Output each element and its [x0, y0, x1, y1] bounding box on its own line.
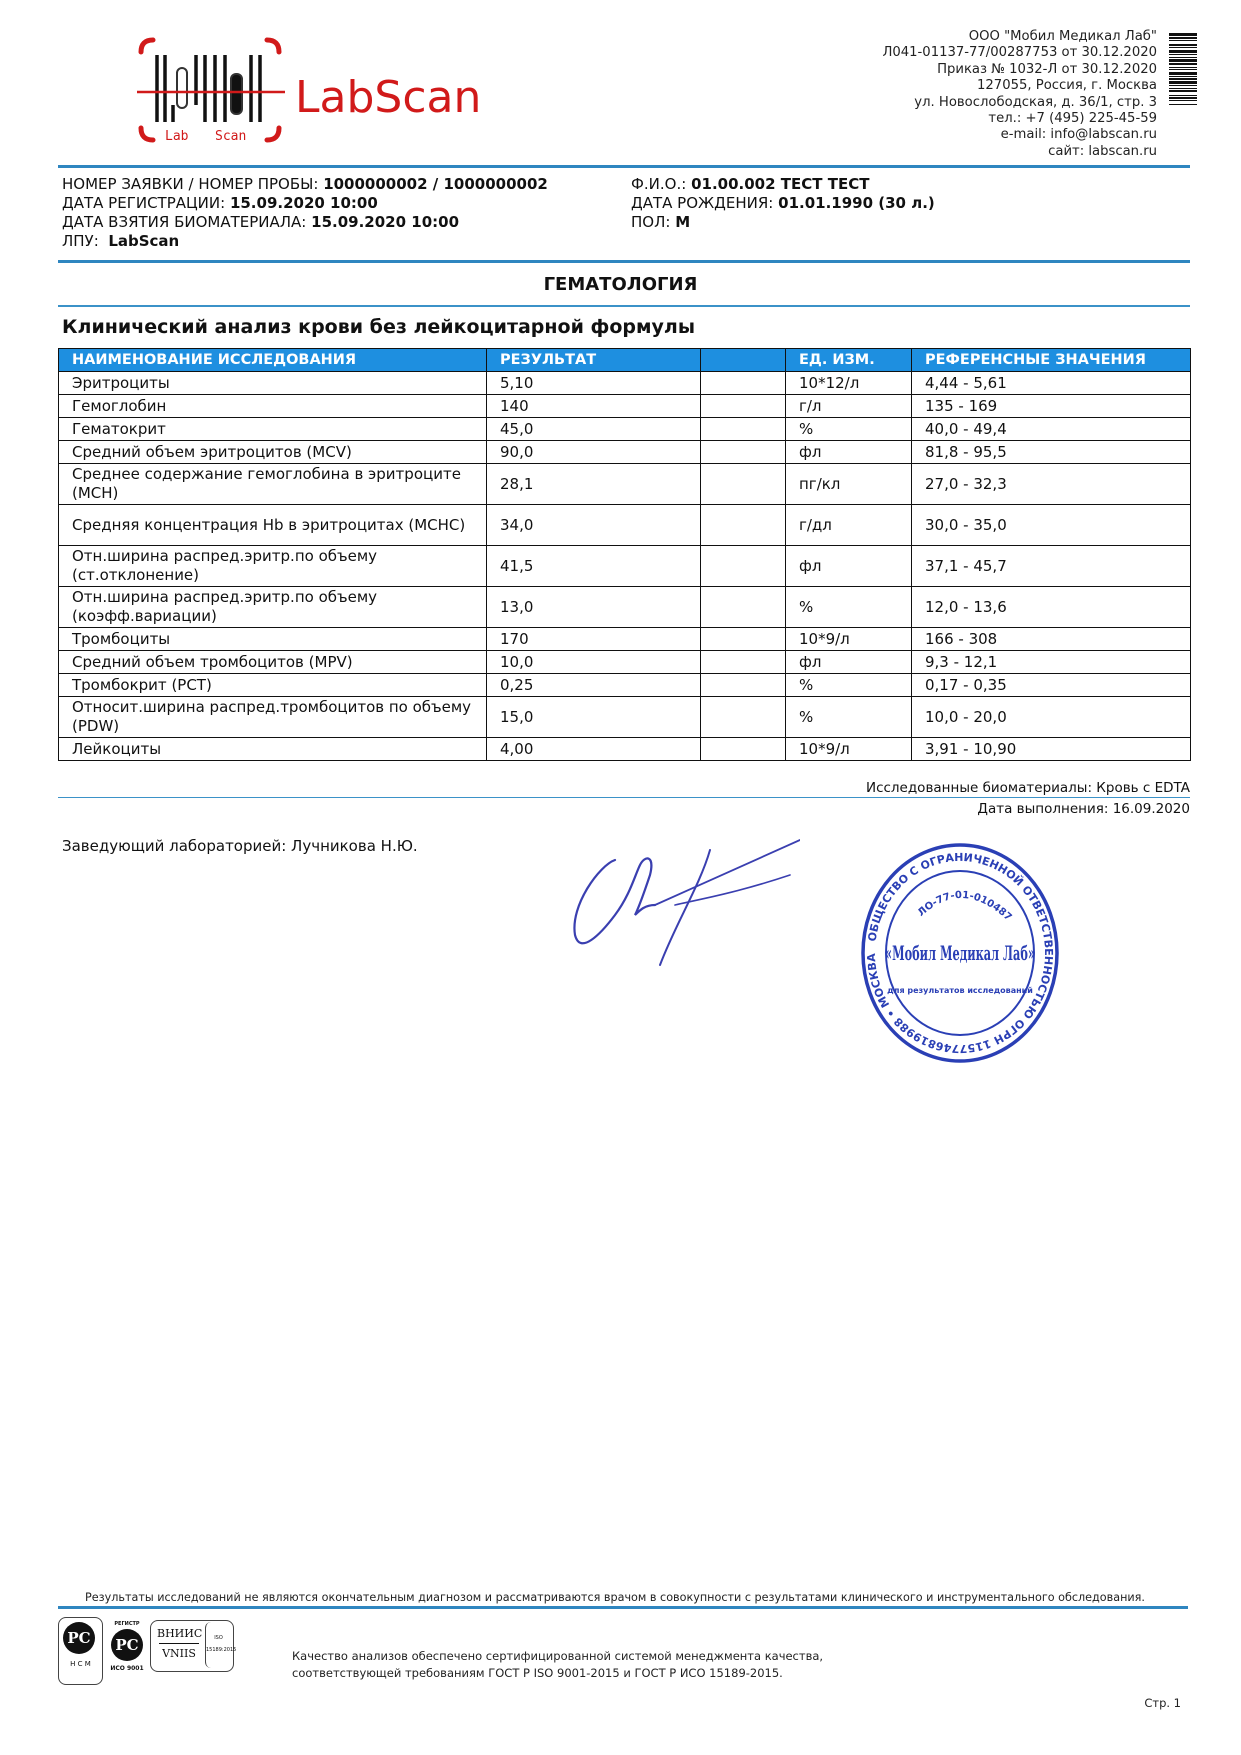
order-number: 1000000002 / 1000000002 [323, 175, 548, 193]
svg-text:«Мобил Медикал Лаб»: «Мобил Медикал Лаб» [885, 941, 1035, 965]
test-result: 140 [487, 395, 701, 418]
test-name: Среднее содержание гемоглобина в эритроц… [59, 464, 487, 505]
registration-date-row: ДАТА РЕГИСТРАЦИИ: 15.09.2020 10:00 [62, 194, 548, 213]
test-unit: 10*12/л [786, 372, 912, 395]
company-phone: тел.: +7 (495) 225-45-59 [882, 111, 1157, 127]
table-row: Лейкоциты4,0010*9/л3,91 - 10,90 [59, 738, 1191, 761]
test-reference: 10,0 - 20,0 [912, 697, 1191, 738]
test-name: Эритроциты [59, 372, 487, 395]
test-name: Средний объем тромбоцитов (MPV) [59, 651, 487, 674]
test-reference: 12,0 - 13,6 [912, 587, 1191, 628]
test-reference: 30,0 - 35,0 [912, 505, 1191, 546]
signature-icon [560, 835, 800, 985]
table-row: Отн.ширина распред.эритр.по объему (коэф… [59, 587, 1191, 628]
test-result: 0,25 [487, 674, 701, 697]
test-result: 45,0 [487, 418, 701, 441]
test-result: 41,5 [487, 546, 701, 587]
test-unit: % [786, 418, 912, 441]
birth-date-row: ДАТА РОЖДЕНИЯ: 01.01.1990 (30 л.) [631, 194, 935, 213]
table-row: Гемоглобин140г/л135 - 169 [59, 395, 1191, 418]
test-name: Отн.ширина распред.эритр.по объему (коэф… [59, 587, 487, 628]
test-result: 5,10 [487, 372, 701, 395]
test-name: Относит.ширина распред.тромбоцитов по об… [59, 697, 487, 738]
empty-cell [701, 372, 786, 395]
empty-cell [701, 697, 786, 738]
company-address: ул. Новослободская, д. 36/1, стр. 3 [882, 95, 1157, 111]
disclaimer: Результаты исследований не являются окон… [85, 1591, 1145, 1604]
test-name: Лейкоциты [59, 738, 487, 761]
test-reference: 3,91 - 10,90 [912, 738, 1191, 761]
barcode-icon [1169, 33, 1197, 163]
test-reference: 40,0 - 49,4 [912, 418, 1191, 441]
section-title: ГЕМАТОЛОГИЯ [0, 274, 1241, 295]
empty-cell [701, 441, 786, 464]
test-unit: фл [786, 441, 912, 464]
table-row: Средний объем эритроцитов (MCV)90,0фл81,… [59, 441, 1191, 464]
table-row: Отн.ширина распред.эритр.по объему (ст.о… [59, 546, 1191, 587]
header-name: НАИМЕНОВАНИЕ ИССЛЕДОВАНИЯ [59, 349, 487, 372]
sample-date-row: ДАТА ВЗЯТИЯ БИОМАТЕРИАЛА: 15.09.2020 10:… [62, 213, 548, 232]
sex-row: ПОЛ: М [631, 213, 935, 232]
test-unit: % [786, 674, 912, 697]
test-result: 15,0 [487, 697, 701, 738]
empty-cell [701, 674, 786, 697]
section-divider [58, 305, 1190, 307]
test-unit: пг/кл [786, 464, 912, 505]
test-result: 34,0 [487, 505, 701, 546]
sample-date: 15.09.2020 10:00 [311, 213, 459, 231]
sex-value: М [675, 213, 690, 231]
test-unit: % [786, 587, 912, 628]
birth-date: 01.01.1990 (30 л.) [778, 194, 935, 212]
table-row: Относит.ширина распред.тромбоцитов по об… [59, 697, 1191, 738]
header-divider [58, 165, 1190, 168]
empty-cell [701, 418, 786, 441]
company-info: ООО "Мобил Медикал Лаб" Л041-01137-77/00… [882, 29, 1157, 160]
patient-name: 01.00.002 ТЕСТ ТЕСТ [691, 175, 869, 193]
test-name: Средняя концентрация Hb в эритроцитах (M… [59, 505, 487, 546]
test-name: Средний объем эритроцитов (MCV) [59, 441, 487, 464]
table-row: Среднее содержание гемоглобина в эритроц… [59, 464, 1191, 505]
svg-text:для результатов исследований: для результатов исследований [887, 986, 1033, 995]
empty-cell [701, 395, 786, 418]
test-reference: 166 - 308 [912, 628, 1191, 651]
header-empty [701, 349, 786, 372]
test-reference: 27,0 - 32,3 [912, 464, 1191, 505]
company-order: Приказ № 1032-Л от 30.12.2020 [882, 62, 1157, 78]
test-name: Тромбоциты [59, 628, 487, 651]
test-result: 13,0 [487, 587, 701, 628]
test-name: Гемоглобин [59, 395, 487, 418]
empty-cell [701, 628, 786, 651]
patient-name-row: Ф.И.О.: 01.00.002 ТЕСТ ТЕСТ [631, 175, 935, 194]
test-unit: % [786, 697, 912, 738]
svg-text:Scan: Scan [215, 129, 246, 144]
table-row: Эритроциты5,1010*12/л4,44 - 5,61 [59, 372, 1191, 395]
test-result: 28,1 [487, 464, 701, 505]
test-unit: г/дл [786, 505, 912, 546]
test-reference: 81,8 - 95,5 [912, 441, 1191, 464]
head-of-lab: Заведующий лабораторией: Лучникова Н.Ю. [62, 837, 418, 855]
results-table: НАИМЕНОВАНИЕ ИССЛЕДОВАНИЯ РЕЗУЛЬТАТ ЕД. … [58, 348, 1191, 761]
test-reference: 9,3 - 12,1 [912, 651, 1191, 674]
labscan-logo: Lab Scan LabScan [135, 30, 495, 155]
table-row: Средняя концентрация Hb в эритроцитах (M… [59, 505, 1191, 546]
test-reference: 37,1 - 45,7 [912, 546, 1191, 587]
patient-info: Ф.И.О.: 01.00.002 ТЕСТ ТЕСТ ДАТА РОЖДЕНИ… [631, 175, 935, 232]
page-number: Стр. 1 [1144, 1696, 1181, 1710]
table-row: Тромбокрит (PCT)0,25%0,17 - 0,35 [59, 674, 1191, 697]
footer-divider [58, 1606, 1188, 1609]
test-reference: 135 - 169 [912, 395, 1191, 418]
rst-ncm-cert-icon: РС Н С М [58, 1617, 103, 1685]
company-email: e-mail: info@labscan.ru [882, 127, 1157, 143]
company-site: сайт: labscan.ru [882, 144, 1157, 160]
brand-name: LabScan [295, 72, 481, 123]
lpu-value: LabScan [108, 232, 179, 250]
svg-text:ЛО-77-01-010487: ЛО-77-01-010487 [916, 890, 1014, 923]
empty-cell [701, 464, 786, 505]
rst-register-cert-icon: РЕГИСТР РС ИСО 9001 [107, 1621, 147, 1677]
barcode-logo-icon: Lab Scan [135, 30, 285, 155]
test-unit: 10*9/л [786, 628, 912, 651]
lpu-row: ЛПУ: LabScan [62, 232, 548, 251]
registration-date: 15.09.2020 10:00 [230, 194, 378, 212]
table-header: НАИМЕНОВАНИЕ ИССЛЕДОВАНИЯ РЕЗУЛЬТАТ ЕД. … [59, 349, 1191, 372]
biomaterial-note: Исследованные биоматериалы: Кровь с EDTA [866, 780, 1190, 796]
table-row: Гематокрит45,0%40,0 - 49,4 [59, 418, 1191, 441]
test-result: 170 [487, 628, 701, 651]
test-result: 90,0 [487, 441, 701, 464]
test-unit: г/л [786, 395, 912, 418]
company-city: 127055, Россия, г. Москва [882, 78, 1157, 94]
test-result: 4,00 [487, 738, 701, 761]
analysis-title: Клинический анализ крови без лейкоцитарн… [62, 316, 695, 338]
test-reference: 4,44 - 5,61 [912, 372, 1191, 395]
header-reference: РЕФЕРЕНСНЫЕ ЗНАЧЕНИЯ [912, 349, 1191, 372]
order-info: НОМЕР ЗАЯВКИ / НОМЕР ПРОБЫ: 1000000002 /… [62, 175, 548, 251]
company-name: ООО "Мобил Медикал Лаб" [882, 29, 1157, 45]
quality-statement: Качество анализов обеспечено сертифициро… [292, 1648, 823, 1682]
test-name: Тромбокрит (PCT) [59, 674, 487, 697]
vniis-iso-cert-icon: ВНИИС VNIIS ISO 15189:2015 [150, 1620, 234, 1672]
completion-date: Дата выполнения: 16.09.2020 [977, 801, 1190, 817]
header-unit: ЕД. ИЗМ. [786, 349, 912, 372]
table-row: Средний объем тромбоцитов (MPV)10,0фл9,3… [59, 651, 1191, 674]
test-result: 10,0 [487, 651, 701, 674]
biomaterial-divider [58, 797, 1190, 798]
company-license: Л041-01137-77/00287753 от 30.12.2020 [882, 45, 1157, 61]
table-row: Тромбоциты17010*9/л166 - 308 [59, 628, 1191, 651]
empty-cell [701, 546, 786, 587]
empty-cell [701, 505, 786, 546]
order-number-row: НОМЕР ЗАЯВКИ / НОМЕР ПРОБЫ: 1000000002 /… [62, 175, 548, 194]
company-stamp-icon: ОБЩЕСТВО С ОГРАНИЧЕННОЙ ОТВЕТСТВЕННОСТЬЮ… [860, 833, 1060, 1073]
header-result: РЕЗУЛЬТАТ [487, 349, 701, 372]
test-reference: 0,17 - 0,35 [912, 674, 1191, 697]
test-name: Гематокрит [59, 418, 487, 441]
test-unit: фл [786, 546, 912, 587]
svg-text:Lab: Lab [165, 129, 189, 144]
empty-cell [701, 587, 786, 628]
test-name: Отн.ширина распред.эритр.по объему (ст.о… [59, 546, 487, 587]
empty-cell [701, 651, 786, 674]
test-unit: 10*9/л [786, 738, 912, 761]
test-unit: фл [786, 651, 912, 674]
empty-cell [701, 738, 786, 761]
info-divider [58, 260, 1190, 263]
